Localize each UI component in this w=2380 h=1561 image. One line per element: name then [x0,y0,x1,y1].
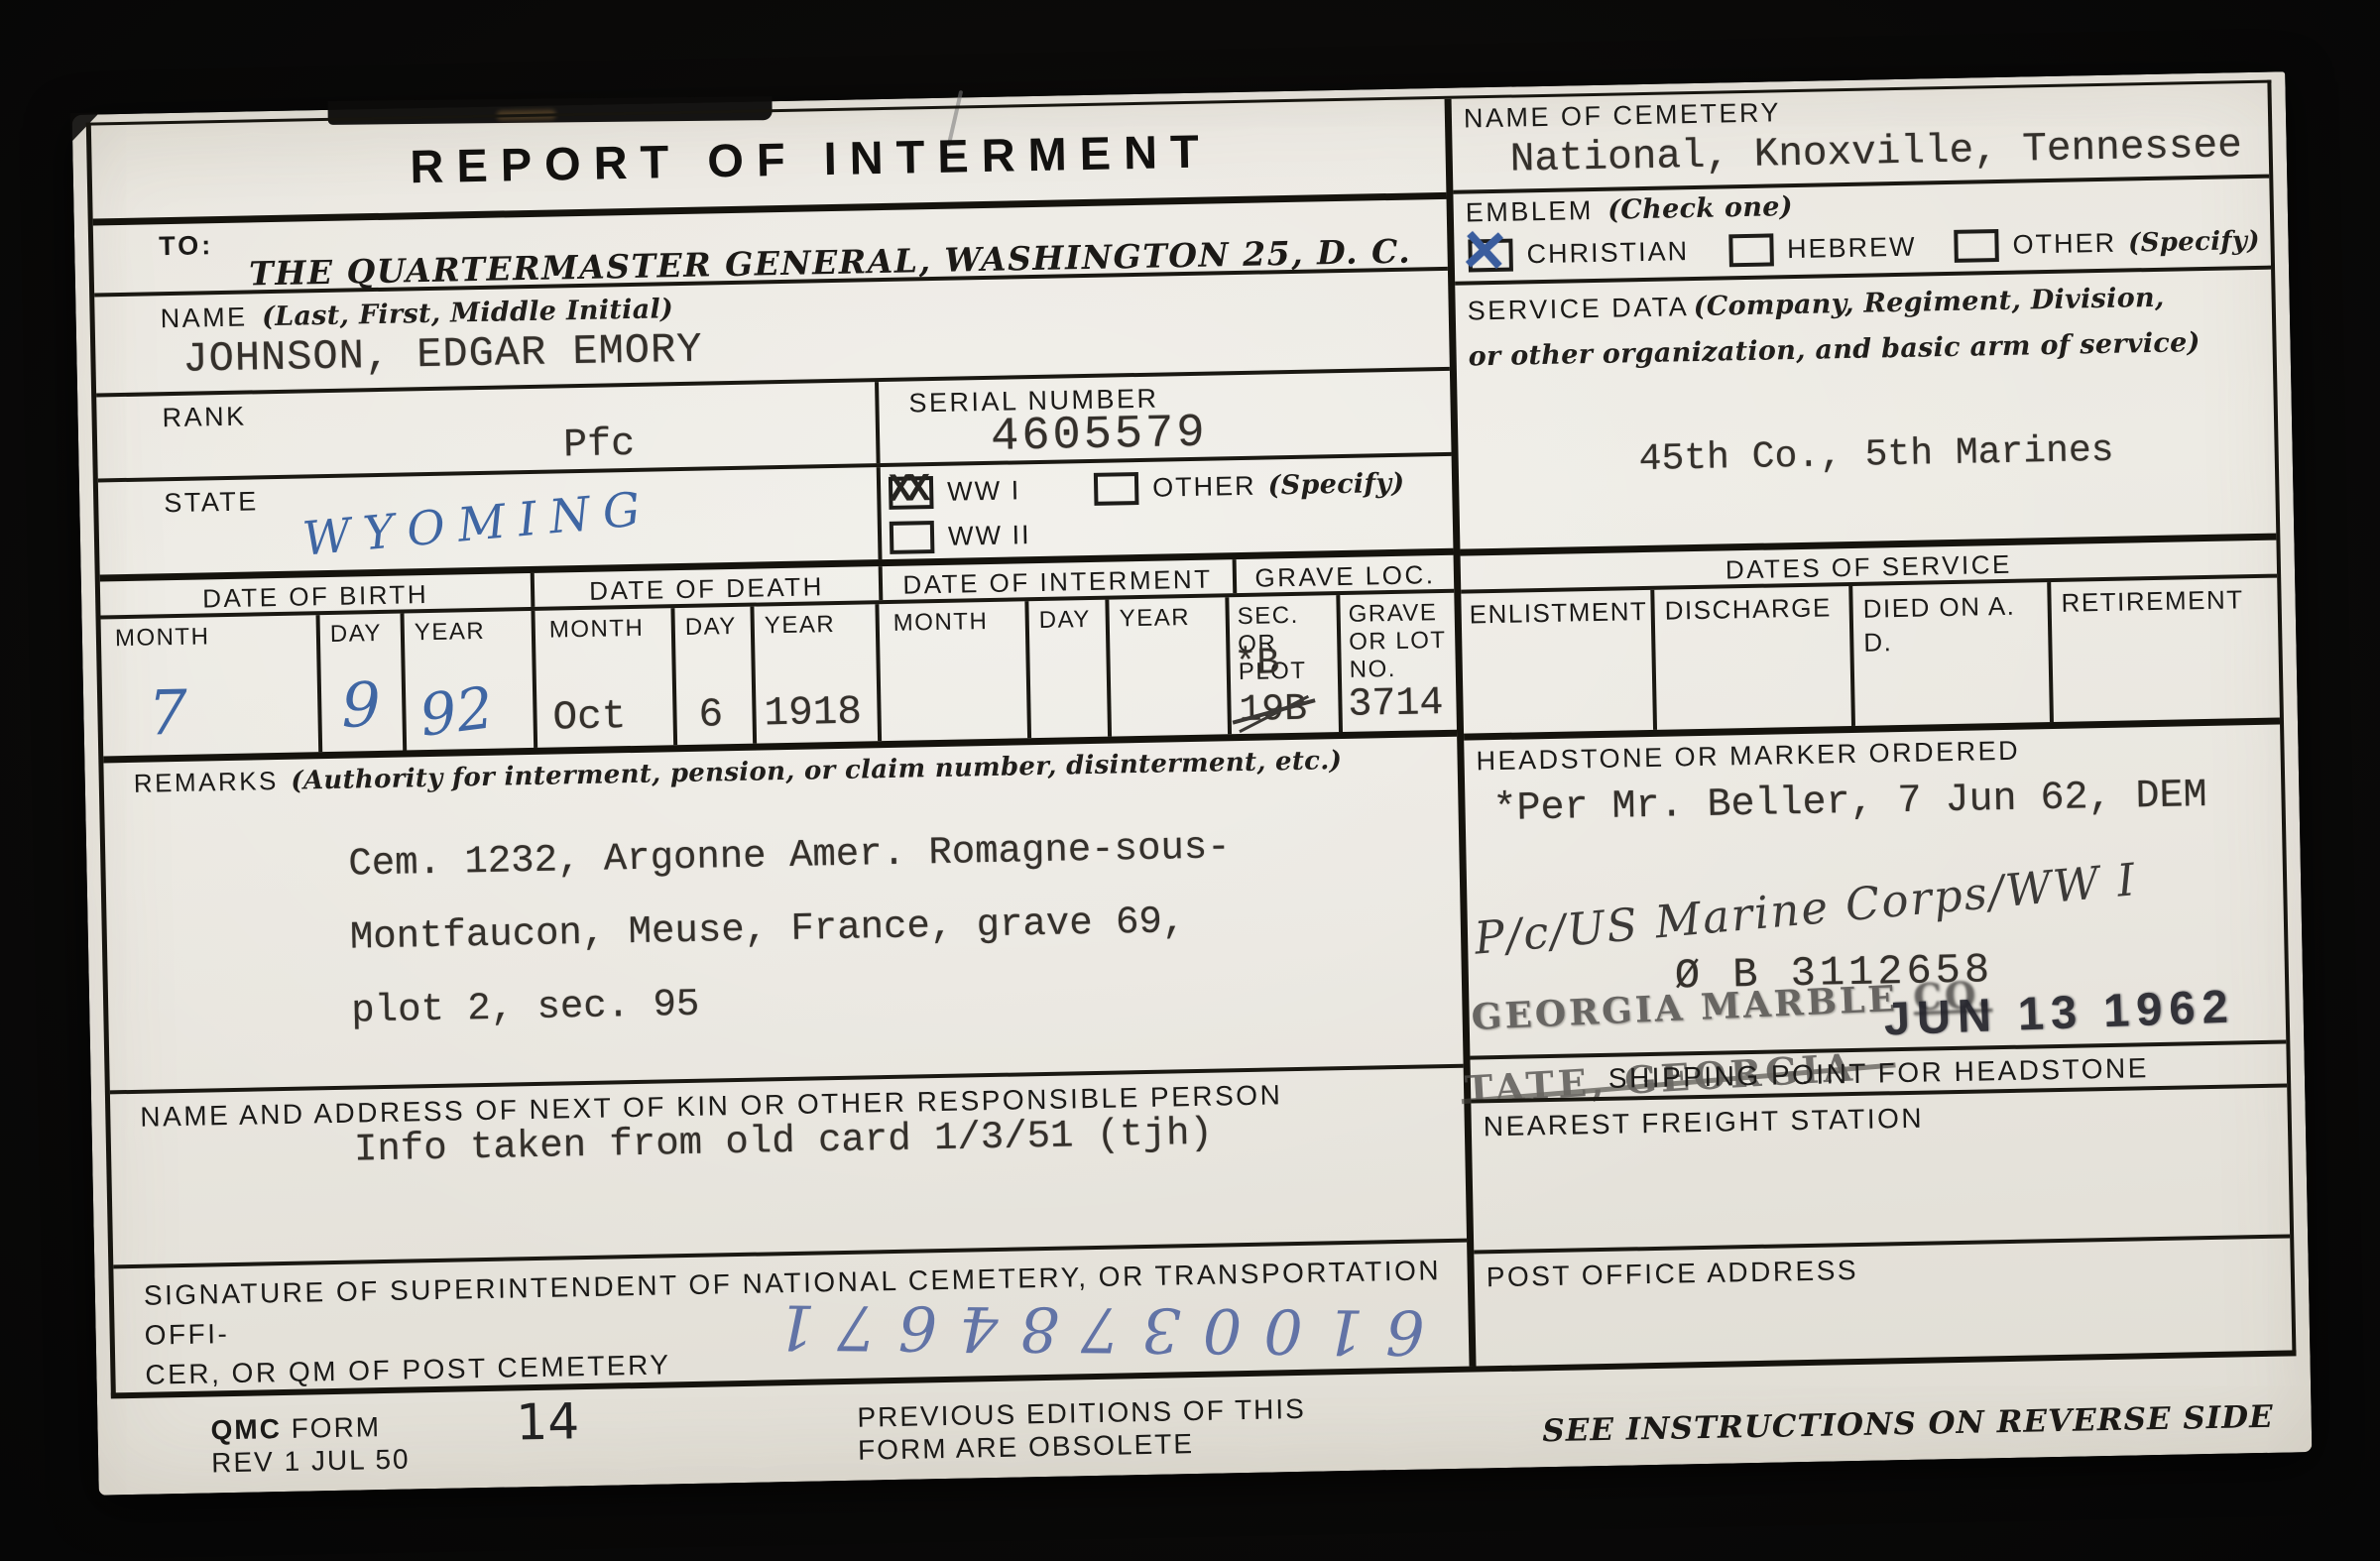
handwritten-accession-number: 61003784671 [656,1289,1522,1369]
christian-check-mark: ✕ [1459,216,1510,286]
handwritten-form-number: 14 [516,1392,580,1451]
birth-year-label: YEAR [415,618,486,646]
remarks-label: REMARKS [134,766,280,798]
hebrew-label: HEBREW [1787,232,1917,266]
rank-value: Pfc [563,422,636,468]
birth-day-value: 9 [341,668,382,742]
ww1-check-mark: XX [889,468,925,514]
post-office-box: POST OFFICE ADDRESS [1474,1238,2292,1366]
date-received-stamp: JUN 13 1962 [1883,978,2236,1045]
died-on-ad-label: DIED ON A. D. [1862,588,2044,660]
interment-form-card: REPORT OF INTERMENT TO: THE QUARTERMASTE… [72,71,2313,1495]
grave-sec-value: *B [1234,642,1279,685]
discharge-cell: DISCHARGE [1654,586,1855,730]
interment-year-label: YEAR [1119,604,1190,632]
discharge-label: DISCHARGE [1664,592,1832,625]
enlistment-cell: ENLISTMENT [1461,590,1657,734]
birth-month-value: 7 [148,676,188,750]
post-office-label: POST OFFICE ADDRESS [1486,1255,1858,1293]
state-value-handwritten: WYOMING [300,481,655,566]
date-of-birth-header: DATE OF BIRTH [202,579,429,613]
next-of-kin-box: NAME AND ADDRESS OF NEXT OF KIN OR OTHER… [110,1068,1467,1269]
interment-day-label: DAY [1038,606,1091,634]
form-right-column: NAME OF CEMETERY National, Knoxville, Te… [1452,83,2293,1367]
war-other-checkbox [1094,472,1139,506]
stamp-company-text: GEORGIA MARBLE [1471,978,1899,1038]
interment-month-cell: MONTH [879,601,1031,741]
birth-month-label: MONTH [115,623,210,652]
birth-day-cell: DAY 9 [320,613,408,752]
grave-loc-header: GRAVE LOC. [1254,559,1436,593]
grave-number-label: GRAVE OR LOT NO. [1348,599,1456,684]
interment-day-cell: DAY [1028,600,1112,739]
qmc-label: QMC [210,1413,282,1445]
grave-number-cell: GRAVE OR LOT NO. 3714 [1340,593,1457,732]
date-of-interment-header: DATE OF INTERMENT [902,564,1213,600]
serial-number-value: 4605579 [991,408,1208,464]
form-grid: REPORT OF INTERMENT TO: THE QUARTERMASTE… [86,80,2297,1399]
birth-header-cell: DATE OF BIRTH [100,573,535,616]
death-header-cell: DATE OF DEATH [535,566,884,607]
page-title: REPORT OF INTERMENT [410,123,1212,193]
ww2-label: WW II [948,520,1031,552]
form-left-column: REPORT OF INTERMENT TO: THE QUARTERMASTE… [91,99,1477,1393]
service-data-box: SERVICE DATA (Company, Regiment, Divisio… [1455,270,2276,556]
name-label: NAME [160,302,248,334]
state-cell: STATE WYOMING [98,467,883,574]
birth-day-label: DAY [330,620,383,648]
form-id-block: QMC FORM REV 1 JUL 50 [210,1410,411,1480]
headstone-box: HEADSTONE OR MARKER ORDERED *Per Mr. Bel… [1464,725,2286,1060]
death-year-value: 1918 [764,690,862,738]
retirement-label: RETIREMENT [2061,584,2244,618]
death-month-label: MONTH [549,615,645,644]
headstone-label: HEADSTONE OR MARKER ORDERED [1476,736,2020,778]
died-on-ad-cell: DIED ON A. D. [1852,582,2054,726]
ww2-checkbox [890,521,935,554]
headstone-script-line: P/c/US Marine Corps/WW I [1473,853,2139,965]
dates-of-service-header: DATES OF SERVICE [1725,549,2013,585]
hebrew-checkbox [1728,233,1774,267]
emblem-other-checkbox [1954,229,1999,263]
serial-number-cell: SERIAL NUMBER 4605579 [879,371,1451,463]
headstone-order-line: *Per Mr. Beller, 7 Jun 62, DEM [1492,774,2207,832]
cemetery-box: NAME OF CEMETERY National, Knoxville, Te… [1452,83,2270,194]
service-data-label: SERVICE DATA [1467,292,1689,325]
war-other-label: OTHER [1152,471,1256,504]
emblem-other-paren: (Specify) [2128,225,2260,258]
scanned-interment-form: { "colors": { "paper": "#e9e6df", "ink":… [0,0,2380,1561]
freight-station-box: NEAREST FREIGHT STATION [1471,1087,2290,1254]
shipping-point-label: SHIPPING POINT FOR HEADSTONE [1608,1052,2150,1094]
grave-number-value: 3714 [1348,681,1444,728]
cemetery-value: National, Knoxville, Tennessee [1509,123,2242,182]
obsolete-note-block: PREVIOUS EDITIONS OF THIS FORM ARE OBSOL… [857,1392,1307,1467]
cemetery-label: NAME OF CEMETERY [1464,97,1782,134]
birth-month-cell: MONTH 7 [101,615,323,756]
dates-of-service-columns: ENLISTMENT DISCHARGE DIED ON A. D. RETIR… [1461,578,2280,741]
christian-label: CHRISTIAN [1526,236,1689,270]
retirement-cell: RETIREMENT [2051,578,2280,722]
death-month-value: Oct [552,694,627,741]
state-label: STATE [164,486,259,519]
rank-label: RANK [162,402,247,434]
grave-sec-struck-value: 19B [1239,688,1307,732]
war-other-paren: (Specify) [1267,468,1404,502]
interment-year-cell: YEAR [1109,597,1232,736]
form-rev-label: REV 1 JUL 50 [211,1443,411,1480]
service-data-value: 45th Co., 5th Marines [1638,429,2114,481]
death-day-label: DAY [685,613,738,641]
freight-station-label: NEAREST FREIGHT STATION [1484,1103,1925,1143]
ww1-label: WW I [947,475,1021,507]
date-values-row: MONTH 7 DAY 9 YEAR 92 MONTH Oct [101,593,1458,764]
grave-sec-cell: SEC. OR PLOT *B 19B [1229,595,1343,734]
death-day-cell: DAY 6 [674,607,757,746]
emblem-paren: (Check one) [1607,191,1793,226]
emblem-box: EMBLEM (Check one) ✕ CHRISTIAN HEBREW OT… [1453,179,2271,286]
ww1-checkbox: XX [889,476,934,510]
name-value: JOHNSON, EDGAR EMORY [182,326,703,384]
christian-checkbox: ✕ [1468,239,1513,273]
death-year-cell: YEAR 1918 [754,604,882,743]
grave-loc-header-cell: GRAVE LOC. [1237,555,1455,593]
birth-year-value: 92 [416,673,498,750]
interment-month-label: MONTH [893,608,989,637]
birth-year-cell: YEAR 92 [404,611,537,751]
death-month-cell: MONTH Oct [535,608,677,748]
interment-header-cell: DATE OF INTERMENT [883,559,1238,600]
death-day-value: 6 [698,692,724,738]
war-checkbox-cell: XX WW I OTHER (Specify) WW II [881,456,1454,559]
emblem-other-label: OTHER [2012,228,2116,261]
see-instructions-note: SEE INSTRUCTIONS ON REVERSE SIDE [1542,1399,2274,1449]
form-word-label: FORM [291,1411,381,1444]
date-of-death-header: DATE OF DEATH [589,571,824,606]
remarks-text: Cem. 1232, Argonne Amer. Romagne-sous- M… [348,810,1235,1047]
remarks-box: REMARKS (Authority for interment, pensio… [103,737,1463,1095]
death-year-label: YEAR [765,611,836,639]
rank-cell: RANK Pfc [96,382,880,478]
enlistment-label: ENLISTMENT [1469,596,1647,630]
